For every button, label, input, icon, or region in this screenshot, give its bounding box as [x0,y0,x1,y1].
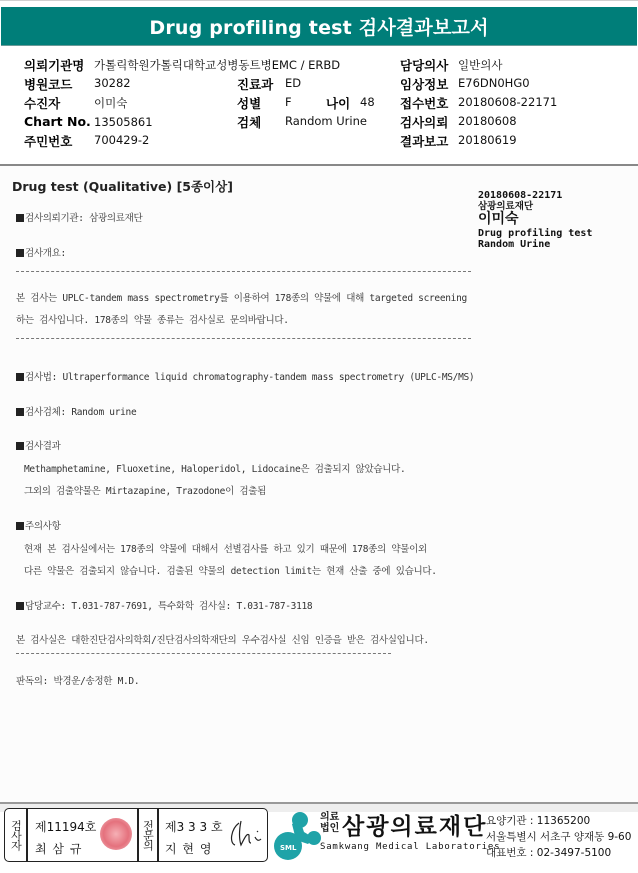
specimen-label-sticker: 20180608-22171 삼광의료재단 이미숙 Drug profiling… [478,191,618,250]
label-resident-number: 주민번호 [24,132,72,150]
examiner-license: 제11194호 [35,818,96,835]
label-specimen: 검체 [237,113,261,131]
bullet-square-icon [16,373,24,381]
reader-line: 판독의: 박경운/송정한 M.D. [16,673,139,687]
bullet-square-icon [16,214,24,222]
title-bar: Drug profiling test 검사결과보고서 [1,7,637,46]
report-title: Drug profiling test 검사결과보고서 [149,13,488,40]
value-chart-no: 13505861 [94,115,153,129]
top-edge [0,0,638,6]
patient-info: 의뢰기관명 가톨릭학원가톨릭대학교성병동트병EMC / ERBD 병원코드 30… [0,46,638,163]
label-hospital-code: 병원코드 [24,75,72,93]
org-name: 삼광의료재단 [342,808,487,841]
bullet-square-icon [16,522,24,530]
signature-box: 검사자 제11194호 최 삼 규 전문의 제3 3 3 호 지 현 영 [4,808,268,862]
logo-text: SML [280,844,297,852]
org-address: 서울특별시 서초구 양재동 9-60 [486,830,631,846]
value-clinical-info: E76DN0HG0 [458,76,530,90]
result-line-2: 그외의 검출약물은 Mirtazapine, Trazodone이 검출됨 [24,483,266,497]
specialist-license: 제3 3 3 호 [165,818,223,835]
bullet-square-icon [16,602,24,610]
dashed-divider [16,338,471,339]
report-page: Drug profiling test 검사결과보고서 의뢰기관명 가톨릭학원가… [0,0,638,873]
specialist-signature-icon [227,819,263,849]
label-doctor: 담당의사 [400,56,448,74]
certification-line: 본 검사실은 대한진단검사의학회/진단검사의학재단의 우수검사실 신임 인증을 … [16,632,429,646]
value-patient-name: 이미숙 [94,95,127,111]
value-receipt-number: 20180608-22171 [458,95,557,109]
overview-line-2: 하는 검사입니다. 178종의 약물 종류는 검사실로 문의바랍니다. [16,312,289,326]
label-chart-no: Chart No. [24,114,91,129]
value-sex: F [285,95,292,109]
examiner-seal-icon [100,818,132,850]
caution-label: 주의사항 [16,518,61,532]
org-name-english: Samkwang Medical Laboratories [320,842,500,852]
sticker-name: 이미숙 [478,212,618,227]
value-report-date: 20180619 [458,133,517,147]
scanned-report: Drug test (Qualitative) [5종이상] 20180608-… [0,166,638,803]
requesting-org-line: 검사의뢰기관: 삼광의료재단 [16,210,142,224]
dashed-divider [16,653,391,654]
value-age: 48 [360,95,375,109]
result-line-1: Methamphetamine, Fluoxetine, Haloperidol… [24,461,405,475]
specimen-line: 검사검체: Random urine [16,404,136,418]
bullet-square-icon [16,442,24,450]
footer-divider [0,802,638,804]
value-resident-number: 700429-2 [94,133,149,147]
value-requesting-institution: 가톨릭학원가톨릭대학교성병동트병EMC / ERBD [94,57,340,73]
examiner-label: 검사자 [7,809,25,861]
sticker-id: 20180608-22171 [478,191,618,202]
cell-separator [26,809,28,861]
caution-line-2: 다른 약물은 검출되지 않습니다. 검출된 약물의 detection limi… [24,563,437,577]
bullet-square-icon [16,249,24,257]
value-specimen: Random Urine [285,114,367,128]
value-doctor: 일반의사 [458,57,502,73]
label-requesting-institution: 의뢰기관명 [24,56,84,74]
dashed-divider [16,271,471,272]
caution-line-1: 현재 본 검사실에서는 178종의 약물에 대해서 선별검사를 하고 있기 때문… [24,541,427,555]
value-department: ED [285,76,301,90]
overview-label: 검사개요: [16,245,66,259]
label-clinical-info: 임상정보 [400,75,448,93]
label-patient-name: 수진자 [24,94,60,112]
contact-line: 담당교수: T.031-787-7691, 특수화학 검사실: T.031-78… [16,598,312,612]
label-age: 나이 [326,94,350,112]
overview-line-1: 본 검사는 UPLC-tandem mass spectrometry를 이용하… [16,290,467,304]
report-heading: Drug test (Qualitative) [5종이상] [12,177,233,195]
value-request-date: 20180608 [458,114,517,128]
sticker-specimen: Random Urine [478,240,618,251]
institution-code: 요양기관 : 11365200 [486,814,631,830]
org-type: 의료 법인 [320,812,339,834]
result-label: 검사결과 [16,438,61,452]
method-line: 검사법: Ultraperformance liquid chromatogra… [16,369,474,383]
org-phone: 대표번호 : 02-3497-5100 [486,846,631,862]
sticker-org: 삼광의료재단 [478,202,618,212]
org-contact-info: 요양기관 : 11365200 서울특별시 서초구 양재동 9-60 대표번호 … [486,814,631,861]
label-department: 진료과 [237,75,273,93]
examiner-name: 최 삼 규 [35,840,82,857]
label-receipt-number: 접수번호 [400,94,448,112]
label-report-date: 결과보고 [400,132,448,150]
cell-separator [157,809,159,861]
value-hospital-code: 30282 [94,76,131,90]
specialist-label: 전문의 [139,809,157,861]
label-sex: 성별 [237,94,261,112]
bullet-square-icon [16,408,24,416]
label-request-date: 검사의뢰 [400,113,448,131]
specialist-name: 지 현 영 [165,840,212,857]
